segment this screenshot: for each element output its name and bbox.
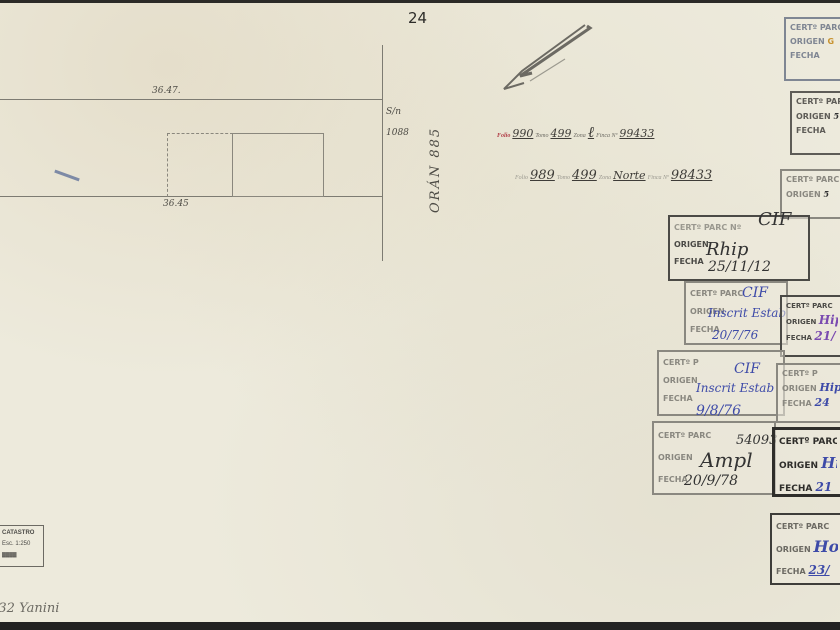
zona-value: Norte — [613, 169, 645, 182]
catastro-stamp: CATASTRO Esc. 1:250 ▓▓▓▓ — [0, 525, 44, 567]
finca-label: Finca Nº — [648, 175, 669, 181]
page-number: 24 — [408, 9, 427, 27]
tomo-value: 499 — [550, 127, 571, 140]
signature: ...32 Yanini — [0, 601, 59, 616]
folio-label: Folio — [497, 133, 510, 139]
street-name-vertical: ORÁN 885 — [428, 127, 443, 213]
document-page: 24 36.47. 36.45 S/n 1088 ORÁN 885 Folio … — [0, 3, 840, 625]
stamp-6: CERTº PARC ORIGEN Hip FECHA 21/ — [780, 295, 840, 357]
plot-dashed-outline — [167, 133, 233, 197]
top-measure: 36.47. — [152, 86, 181, 96]
stamp-11: CERTº PARC ORIGEN Ho FECHA 23/ — [770, 513, 840, 585]
finca-value: 98433 — [671, 168, 712, 183]
plan-top-line — [0, 99, 382, 100]
pencil-mark — [54, 170, 79, 182]
stamp-10: CERTº PARC ORIGEN Hi FECHA 21 — [772, 427, 840, 497]
stamp-4-fecha: 25/11/12 — [708, 259, 771, 275]
tomo-label: Tomo — [557, 175, 570, 181]
zona-label: Zona — [573, 133, 585, 139]
street-number: 1088 — [386, 128, 409, 138]
catastro-title: CATASTRO — [2, 528, 40, 539]
page-bottom-edge — [0, 622, 840, 630]
bottom-measure: 36.45 — [163, 199, 189, 209]
catastro-code: ▓▓▓▓ — [2, 550, 40, 561]
folio-value: 990 — [512, 127, 533, 140]
catastro-scale: Esc. 1:250 — [2, 539, 40, 550]
stamp-4-origen: Rhip — [706, 239, 748, 260]
stamp-2: CERTº PARC ORIGEN 5 FECHA — [790, 91, 840, 155]
plot-building-outline — [232, 133, 324, 197]
stamp-4-note: CIF — [758, 209, 791, 230]
finca-label: Finca Nº — [596, 133, 617, 139]
plan-street-line — [382, 45, 383, 261]
stamp-8: CERTº P ORIGEN Hip FECHA 24 — [776, 363, 840, 423]
stamp-5-origen: Inscrit Estab — [708, 306, 786, 320]
stamp-5-fecha: 20/7/76 — [712, 328, 758, 342]
stamp-7-origen: Inscrit Estab — [696, 381, 774, 395]
registry-line-1: Folio 990 Tomo 499 Zona ℓ Finca Nº 99433 — [497, 123, 654, 142]
folio-label: Folio — [515, 175, 528, 181]
street-label: S/n — [386, 107, 401, 117]
stamp-9-origen: Ampl — [700, 448, 753, 472]
stamp-7-note: CIF — [734, 361, 760, 377]
finca-value: 99433 — [619, 127, 654, 140]
direction-arrow-icon — [500, 21, 595, 93]
zona-value: ℓ — [588, 123, 594, 141]
tomo-label: Tomo — [535, 133, 548, 139]
tomo-value: 499 — [572, 168, 597, 183]
folio-value: 989 — [530, 168, 555, 183]
stamp-5-note: CIF — [742, 285, 768, 301]
registry-line-2: Folio 989 Tomo 499 Zona Norte Finca Nº 9… — [515, 168, 712, 183]
stamp-1: CERTº PARC ORIGEN G FECHA — [784, 17, 840, 81]
zona-label: Zona — [599, 175, 611, 181]
stamp-9-fecha: 20/9/78 — [684, 473, 738, 489]
stamp-7-fecha: 9/8/76 — [696, 403, 741, 419]
